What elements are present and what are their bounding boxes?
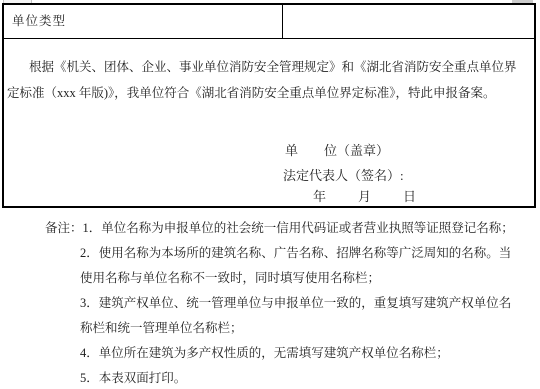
date-line: 年 月 日 bbox=[313, 186, 418, 205]
declaration-paragraph: 根据《机关、团体、企业、事业单位消防安全管理规定》和《湖北省消防安全重点单位界 … bbox=[7, 54, 534, 106]
unit-type-label: 单位类型 bbox=[4, 5, 283, 38]
unit-type-value-field[interactable] bbox=[283, 5, 534, 38]
remark-line-2: 2．使用名称为本场所的建筑名称、广告名称、招牌名称等广泛周知的名称。当 bbox=[80, 241, 535, 266]
unit-type-row: 单位类型 bbox=[4, 5, 534, 39]
remark-line-3: 3．建筑产权单位、统一管理单位与申报单位一致的，重复填写建筑产权单位名 bbox=[80, 291, 535, 316]
remark-line-2-continuation: 使用名称与单位名称不一致时，同时填写使用名称栏； bbox=[80, 266, 535, 291]
declaration-line-1: 根据《机关、团体、企业、事业单位消防安全管理规定》和《湖北省消防安全重点单位界 bbox=[7, 54, 534, 80]
legal-representative-signature-label: 法定代表人（签名）: bbox=[283, 165, 404, 184]
declaration-form-table: 单位类型 根据《机关、团体、企业、事业单位消防安全管理规定》和《湖北省消防安全重… bbox=[2, 3, 536, 208]
remark-line-5: 5．本表双面打印。 bbox=[80, 366, 535, 389]
remark-line-1: 备注：1．单位名称为申报单位的社会统一信用代码证或者营业执照等证照登记名称； bbox=[45, 216, 535, 241]
declaration-line-2: 定标准（xxx 年版)》，我单位符合《湖北省消防安全重点单位界定标准》，特此申报… bbox=[7, 80, 534, 106]
remarks-section: 备注：1．单位名称为申报单位的社会统一信用代码证或者营业执照等证照登记名称； 2… bbox=[45, 216, 535, 389]
declaration-cell: 根据《机关、团体、企业、事业单位消防安全管理规定》和《湖北省消防安全重点单位界 … bbox=[4, 39, 534, 205]
unit-seal-label: 单 位（盖章） bbox=[285, 140, 389, 159]
remark-line-3-continuation: 称栏和统一管理单位名称栏； bbox=[80, 316, 535, 341]
remark-line-4: 4．单位所在建筑为多产权性质的，无需填写建筑产权单位名称栏； bbox=[80, 341, 535, 366]
